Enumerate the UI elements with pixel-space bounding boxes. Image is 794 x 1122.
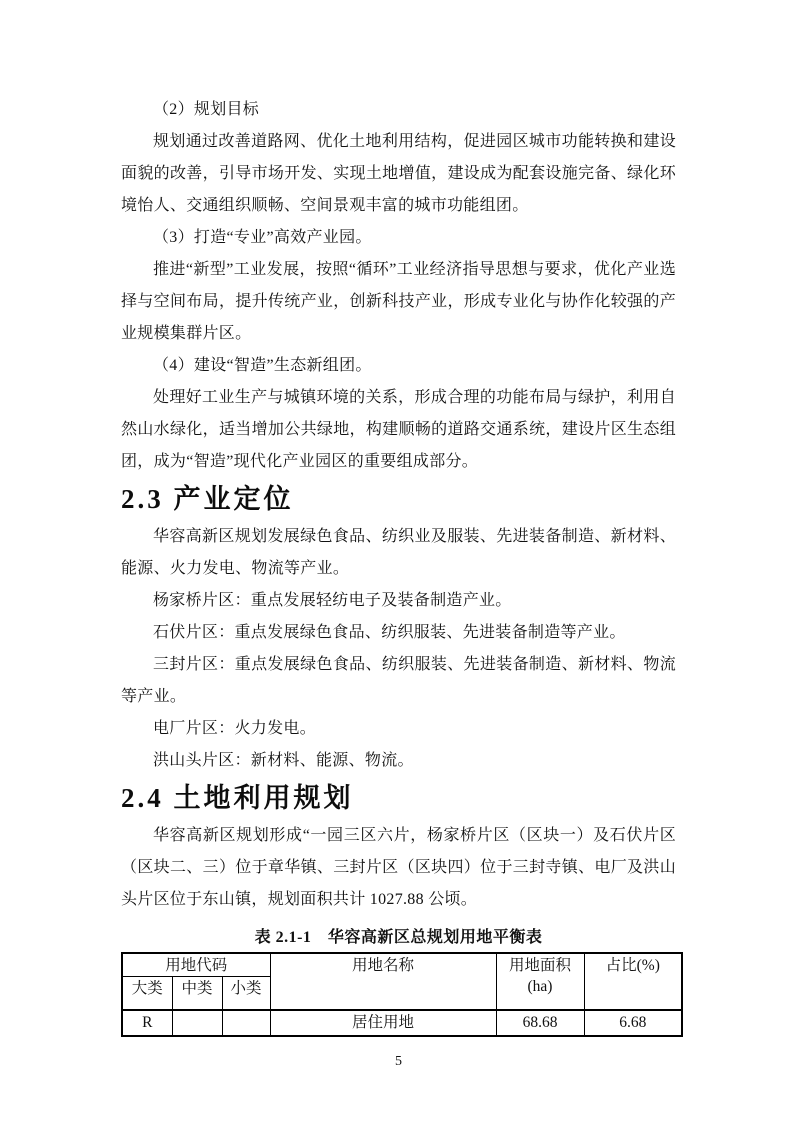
cell-ratio: 6.68 (584, 1010, 682, 1036)
document-page: （2）规划目标 规划通过改善道路网、优化土地利用结构，促进园区城市功能转换和建设… (0, 0, 794, 1122)
page-number: 5 (121, 1053, 676, 1071)
paragraph-dianchang: 电厂片区：火力发电。 (121, 713, 676, 745)
header-cell-major-class: 大类 (122, 977, 172, 1010)
paragraph-item-4-body: 处理好工业生产与城镇环境的关系，形成合理的功能布局与绿护，利用自然山水绿化，适当… (121, 382, 676, 478)
paragraph-land-use-body: 华容高新区规划形成“一园三区六片，杨家桥片区（区块一）及石伏片区（区块二、三）位… (121, 820, 676, 916)
header-cell-land-name: 用地名称 (270, 953, 496, 1010)
header-cell-ratio: 占比(%) (584, 953, 682, 1010)
cell-land-area: 68.68 (496, 1010, 584, 1036)
section-heading-2-4: 2.4 土地利用规划 (121, 780, 676, 816)
paragraph-planning-goal-label: （2）规划目标 (121, 94, 676, 126)
header-cell-land-area: 用地面积 (ha) (496, 953, 584, 1010)
paragraph-yangjiaqiao: 杨家桥片区：重点发展轻纺电子及装备制造产业。 (121, 585, 676, 617)
section-heading-2-3: 2.3 产业定位 (121, 481, 676, 517)
page-content: （2）规划目标 规划通过改善道路网、优化土地利用结构，促进园区城市功能转换和建设… (0, 0, 794, 1071)
table-header-row-1: 用地代码 用地名称 用地面积 (ha) 占比(%) (122, 953, 682, 977)
cell-land-name: 居住用地 (270, 1010, 496, 1036)
paragraph-shifu: 石伏片区：重点发展绿色食品、纺织服装、先进装备制造等产业。 (121, 617, 676, 649)
paragraph-item-4-label: （4）建设“智造”生态新组团。 (121, 350, 676, 382)
header-cell-land-code: 用地代码 (122, 953, 270, 977)
paragraph-industry-overview: 华容高新区规划发展绿色食品、纺织业及服装、先进装备制造、新材料、能源、火力发电、… (121, 521, 676, 585)
header-cell-middle-class: 中类 (172, 977, 222, 1010)
table-row: R 居住用地 68.68 6.68 (122, 1010, 682, 1036)
header-land-area-line2: (ha) (497, 976, 584, 997)
cell-major-code: R (122, 1010, 172, 1036)
header-land-area-line1: 用地面积 (497, 955, 584, 976)
table-caption: 表 2.1-1 华容高新区总规划用地平衡表 (121, 928, 676, 947)
paragraph-sanfeng: 三封片区：重点发展绿色食品、纺织服装、先进装备制造、新材料、物流等产业。 (121, 649, 676, 713)
land-use-balance-table: 用地代码 用地名称 用地面积 (ha) 占比(%) 大类 中类 小类 R (121, 952, 683, 1037)
paragraph-item-3-body: 推进“新型”工业发展，按照“循环”工业经济指导思想与要求，优化产业选择与空间布局… (121, 254, 676, 350)
paragraph-hongshantou: 洪山头片区：新材料、能源、物流。 (121, 745, 676, 777)
paragraph-planning-goal-body: 规划通过改善道路网、优化土地利用结构，促进园区城市功能转换和建设面貌的改善，引导… (121, 126, 676, 222)
cell-minor-code (222, 1010, 270, 1036)
header-cell-minor-class: 小类 (222, 977, 270, 1010)
cell-middle-code (172, 1010, 222, 1036)
paragraph-item-3-label: （3）打造“专业”高效产业园。 (121, 222, 676, 254)
